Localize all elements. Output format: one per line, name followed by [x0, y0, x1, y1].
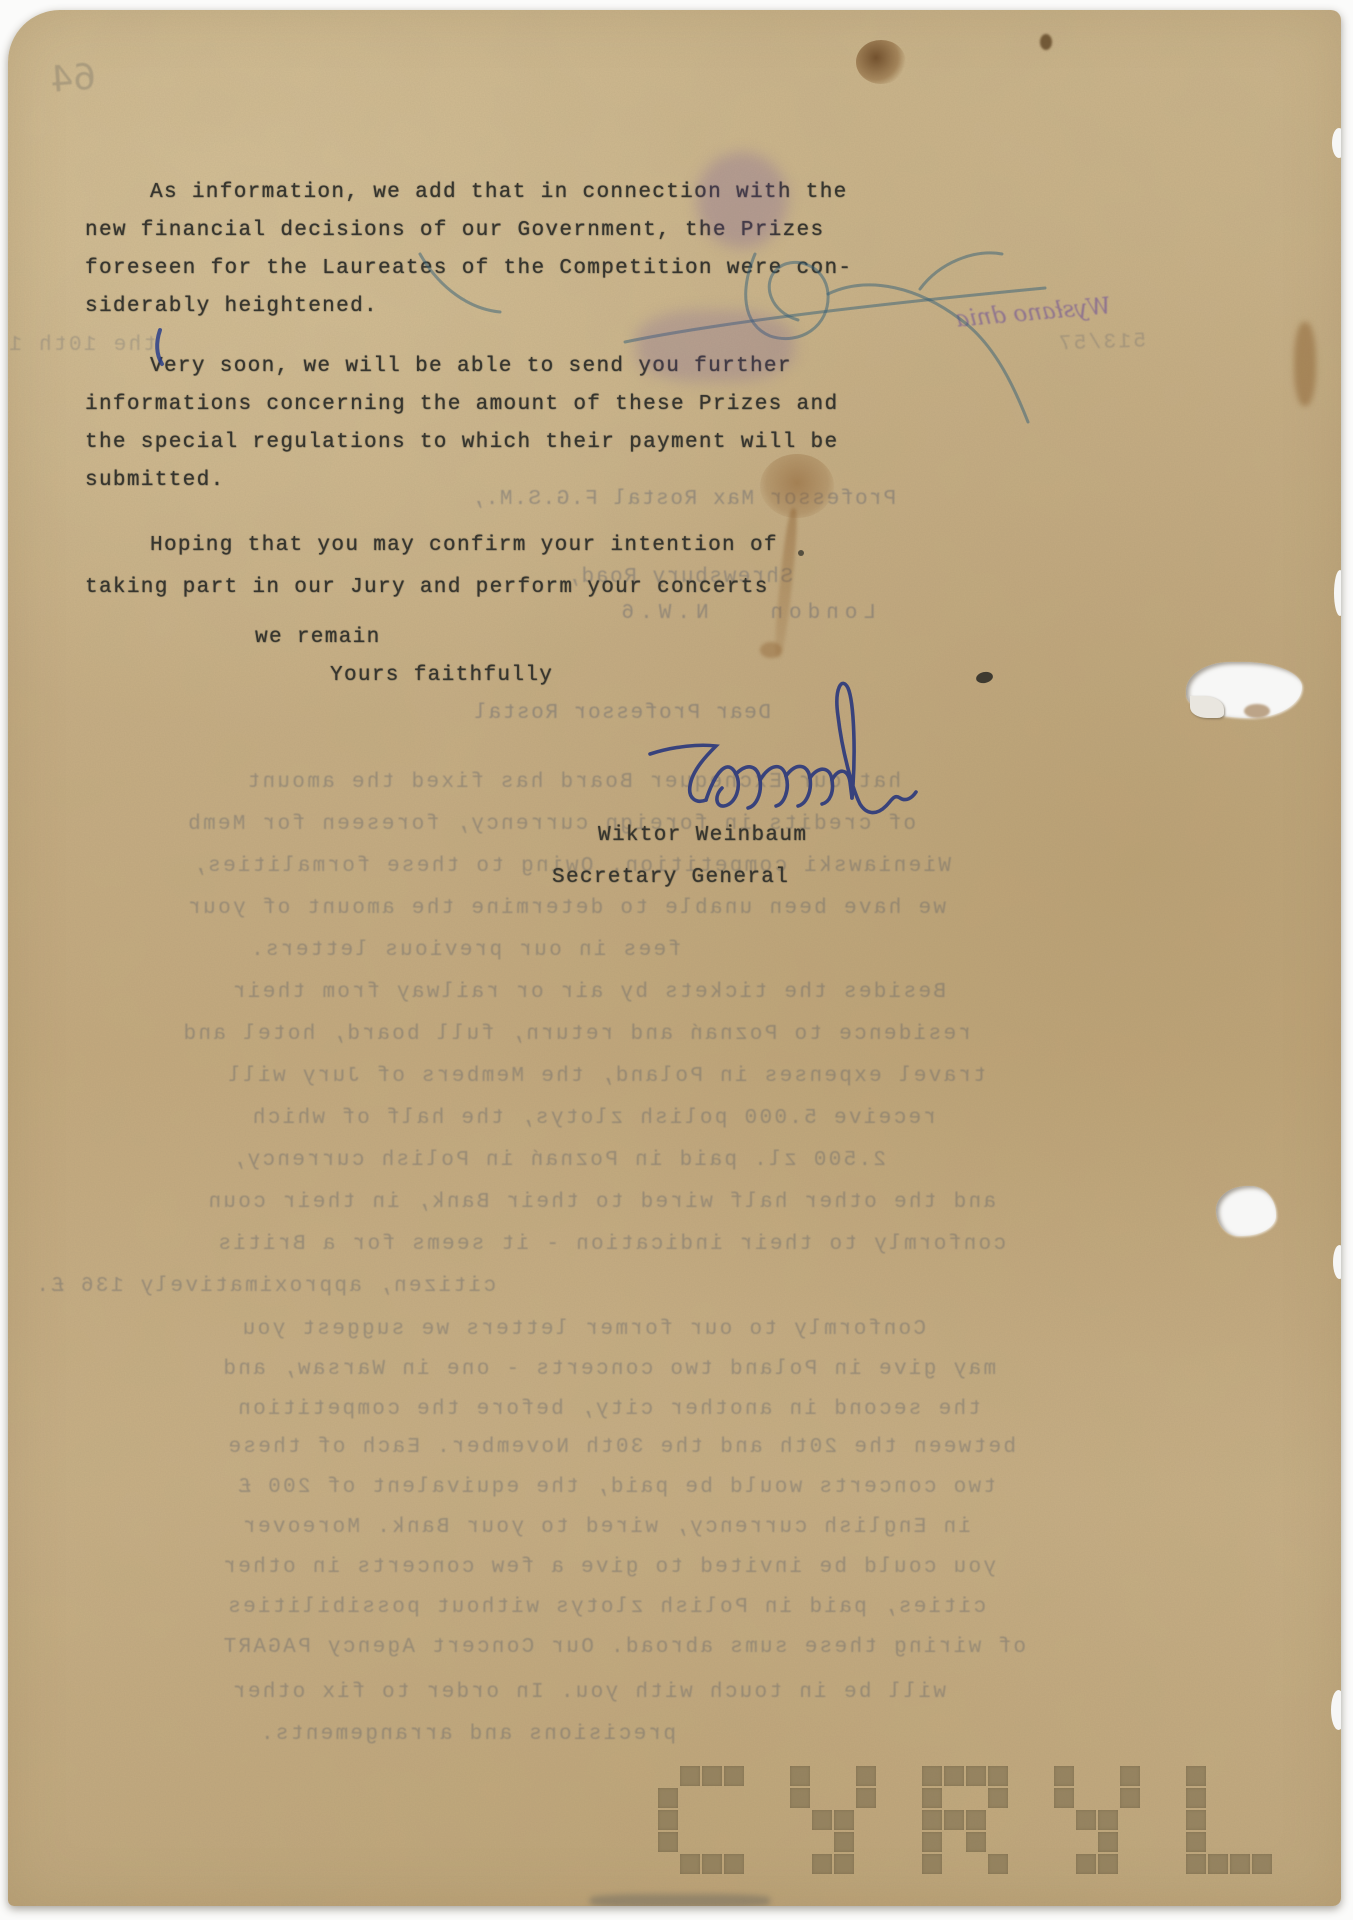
watermark-letter-y [1054, 1766, 1142, 1876]
edge-nick [1332, 128, 1341, 158]
speck [975, 670, 994, 684]
bleed-line: the second in another city, before the c… [236, 1398, 981, 1421]
watermark-gap [702, 1788, 722, 1808]
letter-line: As information, we add that in connectio… [150, 181, 848, 204]
watermark-gap [1098, 1766, 1118, 1786]
watermark-gap [702, 1832, 722, 1852]
watermark-gap [812, 1788, 832, 1808]
watermark-gap [944, 1788, 964, 1808]
watermark-block [1186, 1788, 1206, 1808]
watermark-gap [1076, 1832, 1096, 1852]
scanned-letter-page: { "letter": { "p1": [ "As information, w… [0, 0, 1353, 1920]
watermark-block [1054, 1766, 1074, 1786]
watermark-gap [658, 1854, 678, 1874]
bleed-salutation: Dear Professor Rostal [473, 702, 771, 725]
bleed-line: and the other half wired to their Bank, … [206, 1191, 996, 1214]
bleed-line: precisions and arrangements. [259, 1723, 676, 1746]
watermark-block [1120, 1788, 1140, 1808]
watermark-gap [1230, 1788, 1250, 1808]
watermark-gap [856, 1854, 876, 1874]
watermark-gap [1054, 1832, 1074, 1852]
date-fragment-bleed: the 10th 1957 [8, 334, 156, 357]
watermark-block [658, 1832, 678, 1852]
watermark-block [922, 1854, 942, 1874]
drip-stain [760, 454, 834, 518]
watermark-block [922, 1788, 942, 1808]
signer-title: Secretary General [552, 866, 789, 889]
drip-end [760, 642, 782, 658]
paper-sheet: 64 Wysłano dnia 513/57 the 10th 1957 Pro… [8, 10, 1341, 1906]
bleed-line: cities, paid in Polish zlotys without po… [226, 1596, 986, 1619]
watermark-gap [680, 1810, 700, 1830]
bleed-line: two concerts would be paid, the equivale… [236, 1476, 996, 1499]
closing-line: Yours faithfully [330, 664, 553, 687]
watermark-gap [1252, 1832, 1272, 1852]
watermark-block [658, 1810, 678, 1830]
watermark-gap [1230, 1766, 1250, 1786]
bleed-line: will be in touch with you. In order to f… [231, 1681, 946, 1704]
watermark-block [680, 1766, 700, 1786]
sent-date-stamp: Wysłano dnia [954, 293, 1111, 332]
watermark-gap [856, 1810, 876, 1830]
watermark-gap [1252, 1788, 1272, 1808]
watermark-gap [1208, 1788, 1228, 1808]
letter-line: new financial decisions of our Governmen… [85, 219, 824, 242]
watermark-gap [680, 1832, 700, 1852]
speck [798, 550, 804, 556]
letter-line: Hoping that you may confirm your intenti… [150, 534, 778, 557]
watermark-block [966, 1832, 986, 1852]
watermark-block [1208, 1854, 1228, 1874]
watermark-block [1054, 1788, 1074, 1808]
letter-line: Very soon, we will be able to send you f… [150, 355, 792, 378]
bleed-line: receive 5.000 polish zlotys, the half of… [251, 1107, 937, 1130]
watermark-letter-l [1186, 1766, 1274, 1876]
watermark-gap [834, 1766, 854, 1786]
watermark-block [1076, 1810, 1096, 1830]
watermark-gap [944, 1854, 964, 1874]
bleed-line: fees in our previous letters. [249, 939, 681, 962]
watermark-gap [680, 1788, 700, 1808]
watermark-block [856, 1766, 876, 1786]
watermark-letter-r [922, 1766, 1010, 1876]
bleed-line: travel expenses in Poland, the Members o… [226, 1065, 986, 1088]
bleed-line: we have been unable to determine the amo… [186, 897, 946, 920]
watermark-gap [1120, 1832, 1140, 1852]
watermark-gap [1098, 1788, 1118, 1808]
watermark-gap [988, 1832, 1008, 1852]
watermark-gap [702, 1810, 722, 1830]
watermark-block [812, 1810, 832, 1830]
watermark-gap [790, 1832, 810, 1852]
watermark-block [812, 1854, 832, 1874]
watermark-block [1186, 1832, 1206, 1852]
watermark-block [724, 1854, 744, 1874]
speck [1040, 34, 1052, 50]
watermark-gap [1252, 1766, 1272, 1786]
ink-stain [856, 40, 906, 84]
watermark-block [922, 1832, 942, 1852]
watermark-block [1186, 1854, 1206, 1874]
watermark-gap [856, 1832, 876, 1852]
watermark-gap [1054, 1810, 1074, 1830]
bleed-line: may give in Poland two concerts - one in… [221, 1358, 996, 1381]
watermark-block [988, 1788, 1008, 1808]
hole-fold-stain [1244, 704, 1270, 718]
watermark-block [856, 1788, 876, 1808]
watermark-gap [1076, 1788, 1096, 1808]
watermark-block [834, 1854, 854, 1874]
paper-hole [1186, 662, 1302, 718]
watermark-letter-c [658, 1766, 746, 1876]
watermark-gap [1230, 1810, 1250, 1830]
watermark-block [944, 1810, 964, 1830]
watermark-block [1186, 1766, 1206, 1786]
bleed-line: conformly to their indication - it seems… [216, 1233, 1006, 1256]
edge-nick [1334, 570, 1341, 616]
watermark-gap [1208, 1766, 1228, 1786]
bleed-address-line: London N.W.6 [616, 602, 876, 625]
watermark-gap [812, 1832, 832, 1852]
watermark-gap [1230, 1832, 1250, 1852]
watermark-gap [790, 1810, 810, 1830]
watermark-block [966, 1766, 986, 1786]
watermark-gap [790, 1854, 810, 1874]
bleed-line: hat our Exchequer Board has fixed the am… [245, 771, 901, 794]
watermark-block [1186, 1810, 1206, 1830]
watermark-block [988, 1854, 1008, 1874]
watermark-gap [1054, 1854, 1074, 1874]
watermark-gap [658, 1766, 678, 1786]
watermark-block [1098, 1810, 1118, 1830]
watermark-gap [1120, 1854, 1140, 1874]
watermark-block [834, 1832, 854, 1852]
watermark-gap [724, 1832, 744, 1852]
watermark-block [1098, 1832, 1118, 1852]
watermark-block [988, 1766, 1008, 1786]
watermark-gap [966, 1788, 986, 1808]
watermark-block [702, 1854, 722, 1874]
letter-line: taking part in our Jury and perform your… [85, 576, 769, 599]
paper-hole-flap [1190, 696, 1224, 718]
letter-line: foreseen for the Laureates of the Compet… [85, 257, 852, 280]
bleed-line: of wiring these sums abroad. Our Concert… [221, 1636, 1026, 1659]
watermark-gap [812, 1766, 832, 1786]
bleed-line: citizen, approximatively 136 £. [34, 1275, 496, 1298]
edge-nick [1331, 1690, 1341, 1730]
watermark-gap [1208, 1810, 1228, 1830]
watermark-block [834, 1810, 854, 1830]
watermark-block [1252, 1854, 1272, 1874]
watermark-block [1098, 1854, 1118, 1874]
bleed-line: 2.500 zl. paid in Poznań in Polish curre… [230, 1149, 886, 1172]
bleed-line: Conformly to our former letters we sugge… [241, 1318, 927, 1341]
watermark-gap [988, 1810, 1008, 1830]
bleed-line: Besides the tickets by air or railway fr… [231, 981, 946, 1004]
signer-name: Wiktor Weinbaum [598, 824, 807, 847]
bleed-line: between the 20th and the 30th November. … [226, 1436, 1016, 1459]
closing-line: we remain [255, 626, 381, 649]
letter-line: siderably heightened. [85, 295, 378, 318]
bleed-line: you could be invited to give a few conce… [221, 1556, 996, 1579]
pencil-corner-number: 64 [49, 56, 98, 100]
drip-tail [772, 508, 800, 658]
bleed-line: residence to Poznań and return, full boa… [181, 1023, 971, 1046]
watermark-block [966, 1810, 986, 1830]
watermark-gap [1252, 1810, 1272, 1830]
watermark-letter-y [790, 1766, 878, 1876]
paper-hole [1216, 1186, 1276, 1236]
watermark-block [1076, 1854, 1096, 1874]
watermark-gap [724, 1788, 744, 1808]
bottom-smudge [590, 1894, 770, 1906]
watermark-block [724, 1766, 744, 1786]
bleed-line: in English currency, wired to your Bank.… [241, 1516, 971, 1539]
letter-line: the special regulations to which their p… [85, 431, 838, 454]
bleed-address-line: Professor Max Rostal F.G.S.M., [470, 488, 896, 511]
cyryl-watermark [658, 1766, 1274, 1876]
watermark-gap [1208, 1832, 1228, 1852]
watermark-block [1230, 1854, 1250, 1874]
watermark-gap [944, 1832, 964, 1852]
watermark-block [790, 1766, 810, 1786]
watermark-gap [724, 1810, 744, 1830]
watermark-block [1120, 1766, 1140, 1786]
watermark-gap [1076, 1766, 1096, 1786]
watermark-gap [966, 1854, 986, 1874]
letter-line: informations concerning the amount of th… [85, 393, 838, 416]
letter-line: submitted. [85, 469, 225, 492]
watermark-gap [834, 1788, 854, 1808]
watermark-block [790, 1788, 810, 1808]
watermark-block [944, 1766, 964, 1786]
file-number-bleed: 513/57 [1056, 330, 1146, 356]
watermark-block [680, 1854, 700, 1874]
edge-nick [1333, 1245, 1341, 1279]
watermark-block [922, 1766, 942, 1786]
watermark-gap [1120, 1810, 1140, 1830]
watermark-block [702, 1766, 722, 1786]
edge-stain [1294, 322, 1316, 406]
watermark-block [658, 1788, 678, 1808]
watermark-block [922, 1810, 942, 1830]
